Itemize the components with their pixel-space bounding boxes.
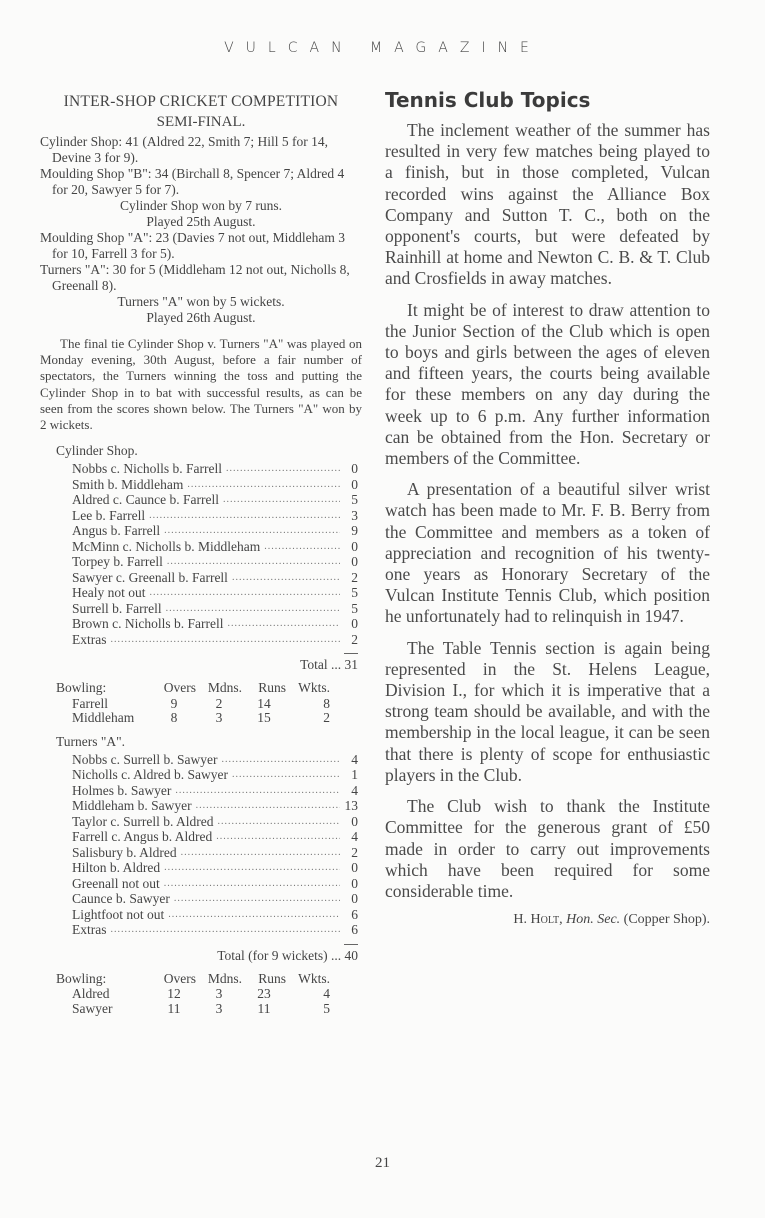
leader-dots: [150, 585, 341, 601]
tennis-paragraph: The Table Tennis section is again being …: [385, 638, 710, 786]
bowling-header-row: Bowling:OversMdns.RunsWkts.: [56, 681, 330, 697]
bowler-name: Middleham: [56, 711, 152, 726]
batsman-dismissal: Brown c. Nicholls b. Farrell: [72, 616, 223, 632]
batsman-dismissal: Aldred c. Caunce b. Farrell: [72, 492, 219, 508]
batsman-dismissal: Nobbs c. Surrell b. Sawyer: [72, 752, 217, 768]
batting-row: Nobbs c. Nicholls b. Farrell0: [72, 461, 358, 477]
bowler-runs: 23: [242, 987, 286, 1002]
bowler-name: Sawyer: [56, 1002, 152, 1017]
batsman-dismissal: Taylor c. Surrell b. Aldred: [72, 814, 214, 830]
leader-dots: [164, 876, 340, 892]
leader-dots: [181, 845, 340, 861]
bowling-header: Bowling:: [56, 972, 152, 988]
bowling-header: Runs: [242, 972, 286, 988]
runs: 5: [344, 601, 358, 617]
runs: 1: [344, 767, 358, 783]
signature-role: Hon. Sec.: [566, 912, 620, 927]
batsman-dismissal: Angus b. Farrell: [72, 523, 160, 539]
runs: 13: [344, 798, 358, 814]
runs: 4: [344, 752, 358, 768]
runs: 6: [344, 907, 358, 923]
runs: 0: [344, 860, 358, 876]
batting-row: Brown c. Nicholls b. Farrell0: [72, 616, 358, 632]
cricket-column: INTER-SHOP CRICKET COMPETITION SEMI-FINA…: [40, 92, 362, 1016]
batsman-dismissal: Healy not out: [72, 585, 146, 601]
runs: 0: [344, 539, 358, 555]
leader-dots: [226, 461, 340, 477]
leader-dots: [174, 891, 340, 907]
bowler-mdns: 3: [196, 987, 242, 1002]
batting-row: Extras2: [72, 632, 358, 648]
batsman-dismissal: Torpey b. Farrell: [72, 554, 163, 570]
runs: 0: [344, 477, 358, 493]
bowler-mdns: 2: [196, 697, 242, 712]
batting-row: Hilton b. Aldred0: [72, 860, 358, 876]
runs: 4: [344, 783, 358, 799]
bowler-runs: 14: [242, 697, 286, 712]
batting-row: Sawyer c. Greenall b. Farrell2: [72, 570, 358, 586]
page-number: 21: [0, 1155, 765, 1172]
bowling-header: Mdns.: [196, 972, 242, 988]
team-heading: Cylinder Shop.: [56, 443, 362, 459]
leader-dots: [264, 539, 340, 555]
batting-row: Holmes b. Sawyer4: [72, 783, 358, 799]
innings-total: Total ... 31: [40, 657, 358, 673]
batting-row: Healy not out5: [72, 585, 358, 601]
runs: 4: [344, 829, 358, 845]
runs: 3: [344, 508, 358, 524]
runs: 0: [344, 461, 358, 477]
leader-dots: [196, 798, 340, 814]
innings-turners-a: Turners "A". Nobbs c. Surrell b. Sawyer4…: [40, 734, 362, 1017]
bowler-overs: 9: [152, 697, 196, 712]
total-rule: [344, 944, 358, 945]
leader-dots: [232, 767, 340, 783]
bowling-header: Runs: [242, 681, 286, 697]
bowler-name: Aldred: [56, 987, 152, 1002]
batting-row: Surrell b. Farrell5: [72, 601, 358, 617]
batsman-dismissal: Smith b. Middleham: [72, 477, 183, 493]
bowler-row: Farrell92148: [56, 697, 330, 712]
batting-row: Nobbs c. Surrell b. Sawyer4: [72, 752, 358, 768]
runs: 2: [344, 570, 358, 586]
bowler-wkts: 5: [286, 1002, 330, 1017]
batsman-dismissal: Lee b. Farrell: [72, 508, 145, 524]
runs: 2: [344, 845, 358, 861]
leader-dots: [166, 601, 340, 617]
batting-row: Nicholls c. Aldred b. Sawyer1: [72, 767, 358, 783]
signature-dept: (Copper Shop).: [624, 912, 710, 927]
batsman-dismissal: Holmes b. Sawyer: [72, 783, 171, 799]
semi2-date: Played 26th August.: [40, 310, 362, 326]
total-rule: [344, 653, 358, 654]
batsman-dismissal: Middleham b. Sawyer: [72, 798, 192, 814]
batting-row: Torpey b. Farrell0: [72, 554, 358, 570]
batting-row: Greenall not out0: [72, 876, 358, 892]
leader-dots: [216, 829, 340, 845]
leader-dots: [111, 922, 341, 938]
signature-name: H. Holt,: [513, 912, 562, 927]
runs: 6: [344, 922, 358, 938]
batsman-dismissal: Sawyer c. Greenall b. Farrell: [72, 570, 228, 586]
semi2-line1: Moulding Shop "A": 23 (Davies 7 not out,…: [40, 230, 362, 262]
bowler-row: Sawyer113115: [56, 1002, 330, 1017]
batsman-dismissal: Hilton b. Aldred: [72, 860, 160, 876]
tennis-paragraph: A presentation of a beautiful silver wri…: [385, 479, 710, 627]
leader-dots: [221, 752, 340, 768]
batting-row: Extras6: [72, 922, 358, 938]
batting-row: Taylor c. Surrell b. Aldred0: [72, 814, 358, 830]
bowling-header: Bowling:: [56, 681, 152, 697]
bowling-header: Wkts.: [286, 972, 330, 988]
batsman-dismissal: Surrell b. Farrell: [72, 601, 162, 617]
tennis-paragraph: The Club wish to thank the Institute Com…: [385, 796, 710, 902]
batsman-dismissal: Greenall not out: [72, 876, 160, 892]
leader-dots: [227, 616, 340, 632]
innings-total: Total (for 9 wickets) ... 40: [40, 948, 358, 964]
tennis-column: Tennis Club Topics The inclement weather…: [385, 88, 710, 928]
batting-row: Smith b. Middleham0: [72, 477, 358, 493]
batsman-dismissal: Nobbs c. Nicholls b. Farrell: [72, 461, 222, 477]
leader-dots: [218, 814, 340, 830]
batting-list: Nobbs c. Nicholls b. Farrell0Smith b. Mi…: [40, 461, 362, 647]
bowler-runs: 11: [242, 1002, 286, 1017]
bowling-header: Overs: [152, 972, 196, 988]
batsman-dismissal: Extras: [72, 632, 107, 648]
runs: 0: [344, 554, 358, 570]
semi1-date: Played 25th August.: [40, 214, 362, 230]
batting-row: Lightfoot not out6: [72, 907, 358, 923]
final-report: The final tie Cylinder Shop v. Turners "…: [40, 336, 362, 433]
runs: 2: [344, 632, 358, 648]
bowler-wkts: 2: [286, 711, 330, 726]
batting-row: Farrell c. Angus b. Aldred4: [72, 829, 358, 845]
leader-dots: [175, 783, 340, 799]
batsman-dismissal: Extras: [72, 922, 107, 938]
batsman-dismissal: Lightfoot not out: [72, 907, 164, 923]
batsman-dismissal: Caunce b. Sawyer: [72, 891, 170, 907]
bowler-overs: 8: [152, 711, 196, 726]
leader-dots: [149, 508, 340, 524]
leader-dots: [187, 477, 340, 493]
batting-row: Angus b. Farrell9: [72, 523, 358, 539]
tennis-paragraph: It might be of interest to draw attentio…: [385, 300, 710, 470]
tennis-paragraph: The inclement weather of the summer has …: [385, 120, 710, 290]
bowler-mdns: 3: [196, 711, 242, 726]
batsman-dismissal: McMinn c. Nicholls b. Middleham: [72, 539, 260, 555]
semi-final-heading: SEMI-FINAL.: [40, 112, 362, 132]
bowler-mdns: 3: [196, 1002, 242, 1017]
bowling-header-row: Bowling:OversMdns.RunsWkts.: [56, 972, 330, 988]
batting-list: Nobbs c. Surrell b. Sawyer4Nicholls c. A…: [40, 752, 362, 938]
runs: 0: [344, 891, 358, 907]
innings-cylinder-shop: Cylinder Shop. Nobbs c. Nicholls b. Farr…: [40, 443, 362, 726]
bowler-overs: 11: [152, 1002, 196, 1017]
batsman-dismissal: Farrell c. Angus b. Aldred: [72, 829, 212, 845]
runs: 5: [344, 492, 358, 508]
semi2-result: Turners "A" won by 5 wickets.: [40, 294, 362, 310]
batting-row: Caunce b. Sawyer0: [72, 891, 358, 907]
semi1-line2: Moulding Shop "B": 34 (Birchall 8, Spenc…: [40, 166, 362, 198]
bowling-header: Wkts.: [286, 681, 330, 697]
signature: H. Holt, Hon. Sec. (Copper Shop).: [385, 912, 710, 928]
batting-row: Middleham b. Sawyer13: [72, 798, 358, 814]
batting-row: Aldred c. Caunce b. Farrell5: [72, 492, 358, 508]
bowler-wkts: 8: [286, 697, 330, 712]
runs: 0: [344, 814, 358, 830]
batting-row: Lee b. Farrell3: [72, 508, 358, 524]
batsman-dismissal: Salisbury b. Aldred: [72, 845, 177, 861]
batsman-dismissal: Nicholls c. Aldred b. Sawyer: [72, 767, 228, 783]
runs: 5: [344, 585, 358, 601]
bowling-header: Mdns.: [196, 681, 242, 697]
bowling-header: Overs: [152, 681, 196, 697]
batting-row: Salisbury b. Aldred2: [72, 845, 358, 861]
tennis-title: Tennis Club Topics: [385, 88, 710, 112]
batting-row: McMinn c. Nicholls b. Middleham0: [72, 539, 358, 555]
semi1-result: Cylinder Shop won by 7 runs.: [40, 198, 362, 214]
leader-dots: [168, 907, 340, 923]
leader-dots: [167, 554, 340, 570]
runs: 0: [344, 876, 358, 892]
team-heading: Turners "A".: [56, 734, 362, 750]
runs: 9: [344, 523, 358, 539]
bowler-row: Middleham83152: [56, 711, 330, 726]
bowler-overs: 12: [152, 987, 196, 1002]
bowler-wkts: 4: [286, 987, 330, 1002]
leader-dots: [164, 860, 340, 876]
semi2-line2: Turners "A": 30 for 5 (Middleham 12 not …: [40, 262, 362, 294]
magazine-masthead: VULCAN MAGAZINE: [0, 40, 765, 56]
leader-dots: [164, 523, 340, 539]
bowler-runs: 15: [242, 711, 286, 726]
competition-title: INTER-SHOP CRICKET COMPETITION: [40, 92, 362, 112]
bowler-row: Aldred123234: [56, 987, 330, 1002]
leader-dots: [223, 492, 340, 508]
runs: 0: [344, 616, 358, 632]
bowling-table: Bowling:OversMdns.RunsWkts.Aldred123234S…: [56, 972, 362, 1017]
bowler-name: Farrell: [56, 697, 152, 712]
leader-dots: [232, 570, 340, 586]
leader-dots: [111, 632, 341, 648]
semi1-line1: Cylinder Shop: 41 (Aldred 22, Smith 7; H…: [40, 134, 362, 166]
bowling-table: Bowling:OversMdns.RunsWkts.Farrell92148M…: [56, 681, 362, 726]
